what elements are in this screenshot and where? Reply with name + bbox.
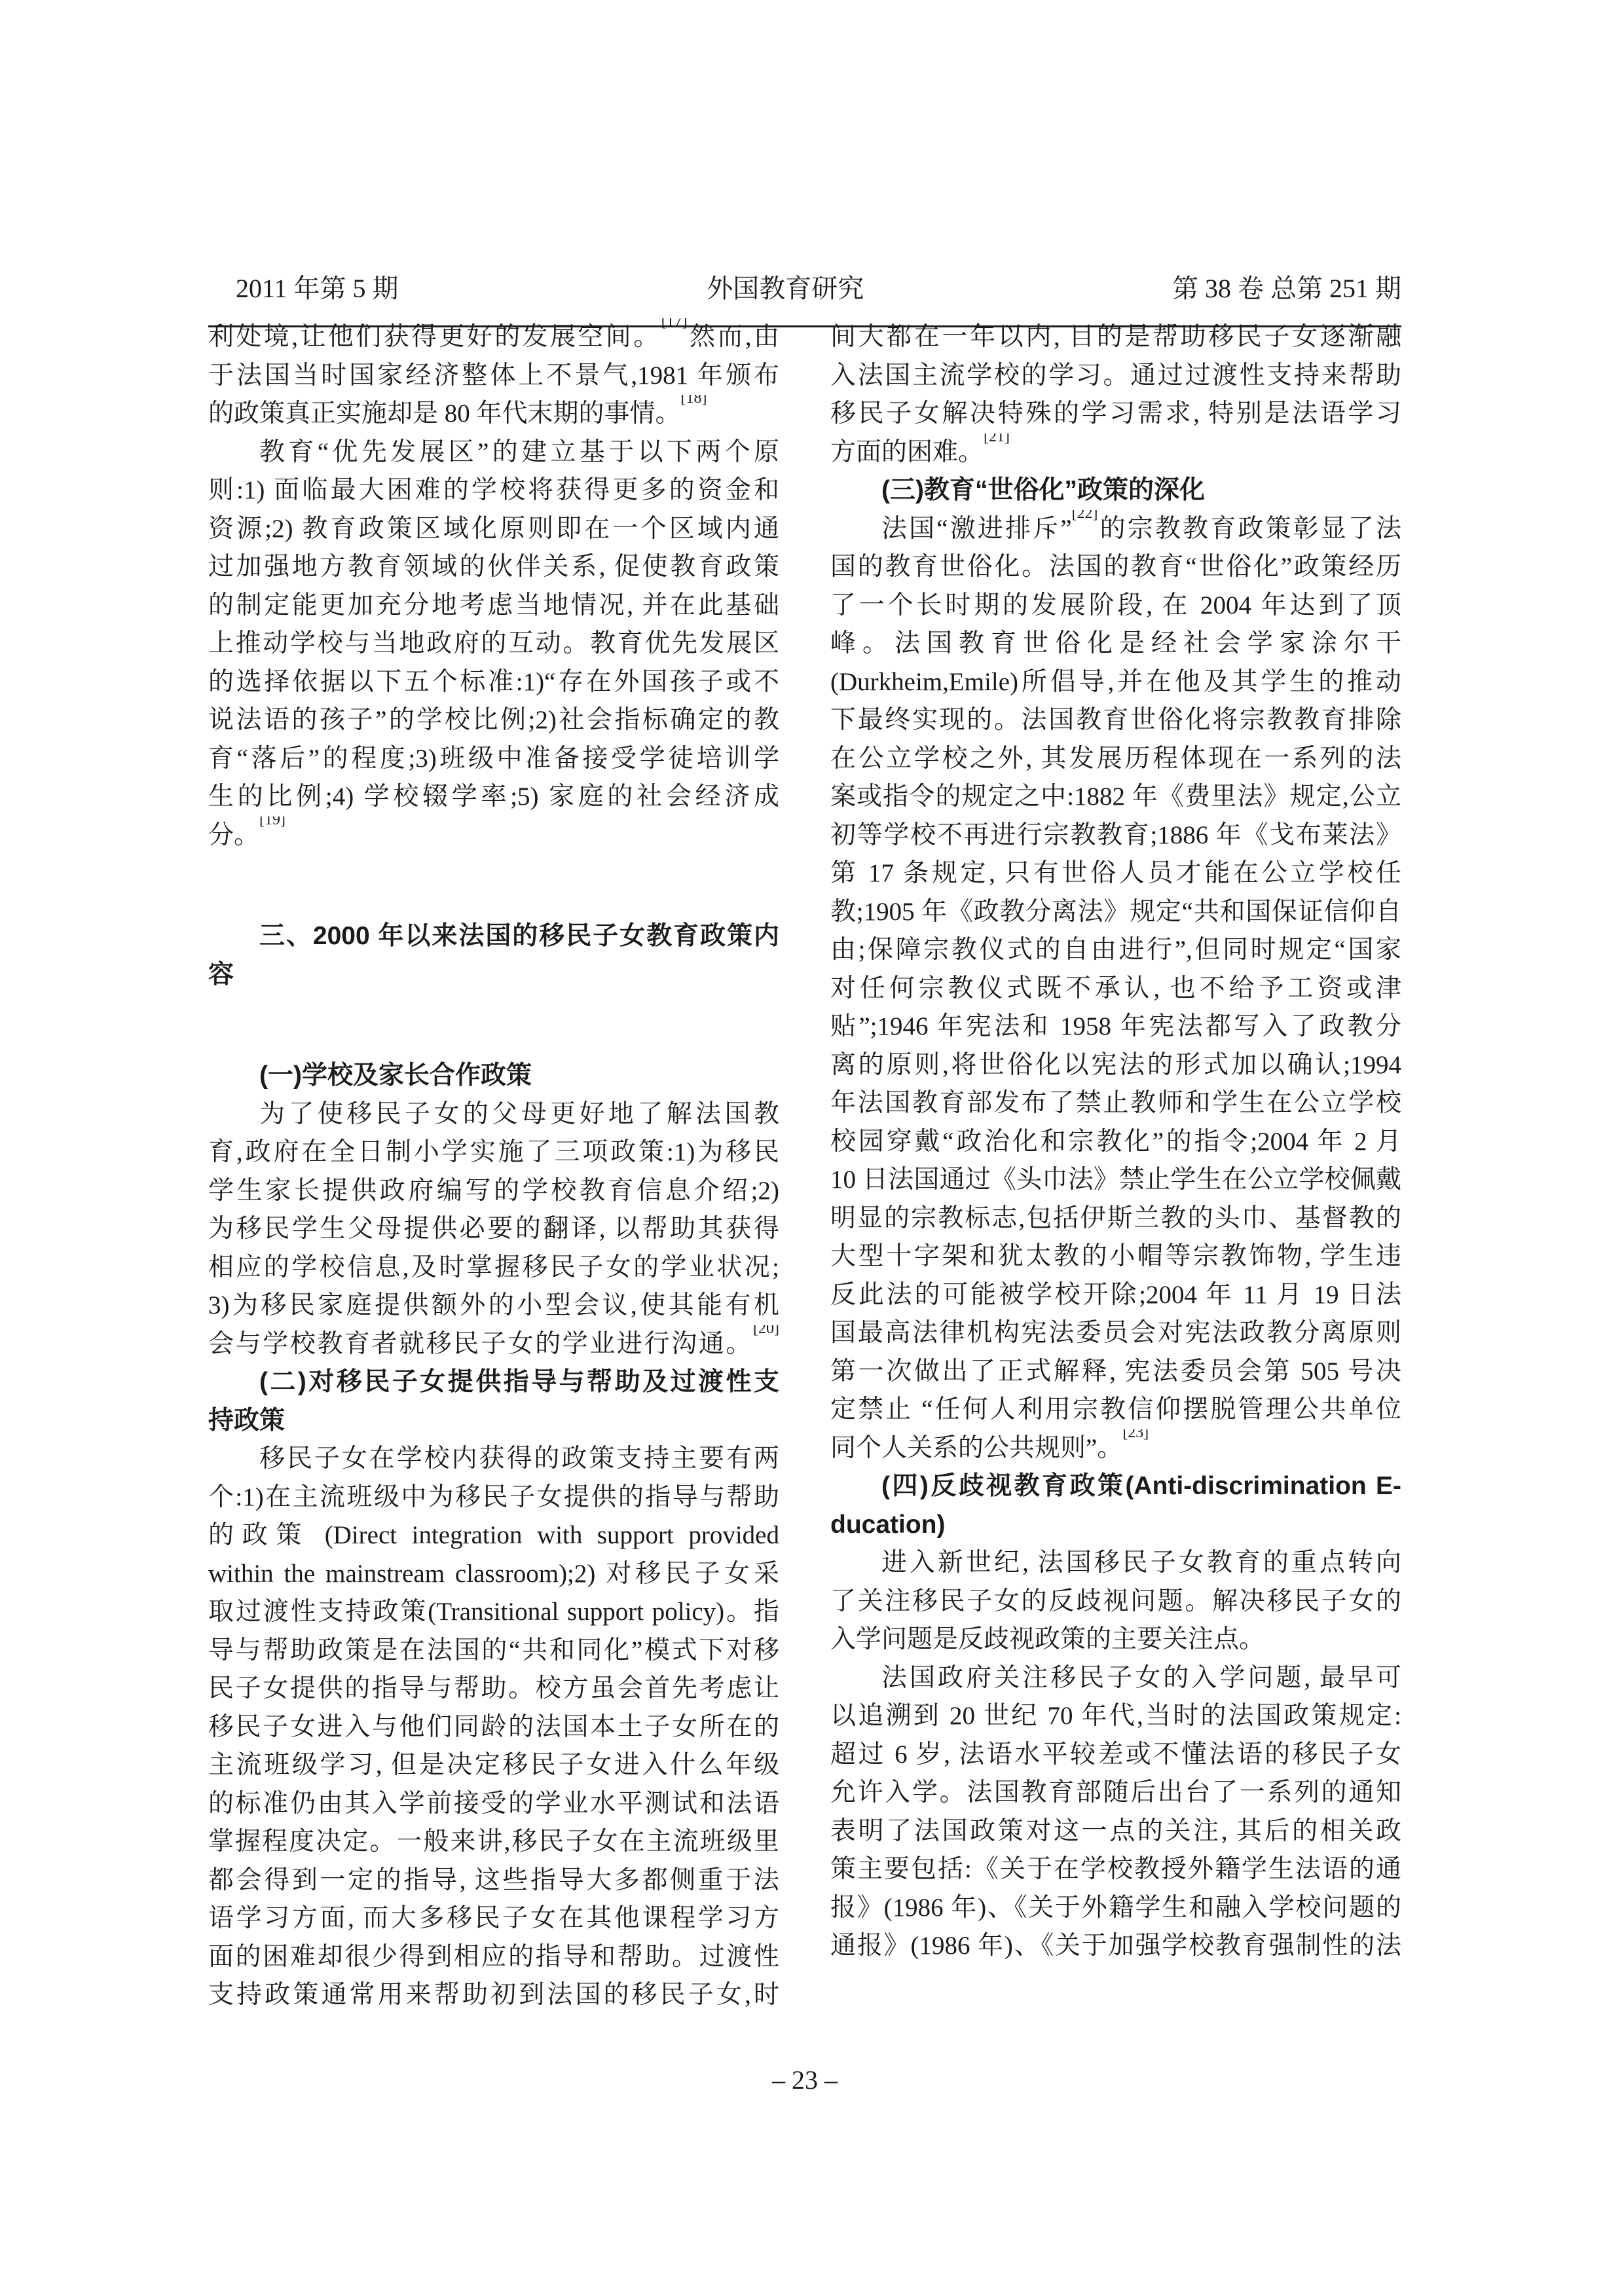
blank-line [208, 854, 779, 917]
footnote-ref: [22] [1072, 510, 1098, 522]
text-line: 第一次做出了正式解释, 宪法委员会第 505 号决 [830, 1353, 1401, 1391]
footnote-ref: [20] [753, 1325, 779, 1337]
text-line: 育“落后”的程度;3)班级中准备接受学徒培训学 [208, 740, 779, 779]
text-line: 第 17 条规定, 只有世俗人员才能在公立学校任 [830, 854, 1401, 893]
text-line: 容 [208, 956, 779, 995]
text-line: 移民子女解决特殊的学习需求, 特别是法语学习 [830, 395, 1401, 433]
text-line: 掌握程度决定。一般来讲,移民子女在主流班级里 [208, 1823, 779, 1862]
footnote-ref: [23] [1122, 1429, 1149, 1441]
text-line: 了关注移民子女的反歧视问题。解决移民子女的 [830, 1583, 1401, 1621]
text-line: 国的教育世俗化。法国的教育“世俗化”政策经历 [830, 548, 1401, 587]
header-volume: 第 38 卷 总第 251 期 [1172, 270, 1401, 308]
text-line: 以追溯到 20 世纪 70 年代,当时的法国政策规定: [830, 1697, 1401, 1736]
text-line: 3)为移民家庭提供额外的小型会议,使其能有机 [208, 1287, 779, 1325]
text-line: 大型十字架和犹太教的小帽等宗教饰物, 学生违 [830, 1238, 1401, 1276]
text-line: 民子女提供的指导与帮助。校方虽会首先考虑让 [208, 1670, 779, 1708]
text-line: 同个人关系的公共规则”。[23] [830, 1429, 1401, 1468]
text-line: 利处境,让他们获得更好的发展空间。[17]然而,由 [208, 318, 779, 357]
text-line: 允许入学。法国教育部随后出台了一系列的通知 [830, 1774, 1401, 1812]
text-line: 过加强地方教育领域的伙伴关系, 促使教育政策 [208, 548, 779, 587]
text-line: 教;1905 年《政教分离法》规定“共和国保证信仰自 [830, 893, 1401, 932]
text-line: 在公立学校之外, 其发展历程体现在一系列的法 [830, 740, 1401, 779]
text-line: 导与帮助政策是在法国的“共和同化”模式下对移 [208, 1632, 779, 1670]
text-line: 下最终实现的。法国教育世俗化将宗教教育排除 [830, 701, 1401, 740]
text-line: 的标准仍由其入学前接受的学业水平测试和法语 [208, 1785, 779, 1824]
text-line: 的政策真正实施却是 80 年代末期的事情。[18] [208, 395, 779, 433]
text-line: 移民子女进入与他们同龄的法国本土子女所在的 [208, 1708, 779, 1747]
text-line: 反此法的可能被学校开除;2004 年 11 月 19 日法 [830, 1276, 1401, 1315]
text-line: 则:1) 面临最大困难的学校将获得更多的资金和 [208, 471, 779, 510]
text-line: 通报》(1986 年)、《关于加强学校教育强制性的法 [830, 1927, 1401, 1966]
text-line: 校园穿戴“政治化和宗教化”的指令;2004 年 2 月 [830, 1123, 1401, 1162]
text-line: 分。[19] [208, 817, 779, 855]
text-line: 三、2000 年以来法国的移民子女教育政策内 [208, 917, 779, 956]
page-footer: – 23 – [208, 2061, 1401, 2099]
text-line: 为了使移民子女的父母更好地了解法国教 [208, 1095, 779, 1134]
text-line: 语学习方面, 而大多移民子女在其他课程学习方 [208, 1900, 779, 1938]
text-line: 国最高法律机构宪法委员会对宪法政教分离原则 [830, 1314, 1401, 1353]
text-line: 持政策 [208, 1402, 779, 1441]
text-line: 10 日法国通过《头巾法》禁止学生在公立学校佩戴 [830, 1161, 1401, 1200]
text-line: 法国政府关注移民子女的入学问题, 最早可 [830, 1659, 1401, 1698]
text-line: ducation) [830, 1506, 1401, 1545]
text-line: 了一个长时期的发展阶段, 在 2004 年达到了顶 [830, 587, 1401, 625]
text-line: 个:1)在主流班级中为移民子女提供的指导与帮助 [208, 1478, 779, 1517]
text-line: 育,政府在全日制小学实施了三项政策:1)为移民 [208, 1133, 779, 1172]
text-line: 间大都在一年以内, 目的是帮助移民子女逐渐融 [830, 318, 1401, 357]
footnote-ref: [21] [984, 433, 1010, 445]
text-line: (二)对移民子女提供指导与帮助及过渡性支 [208, 1363, 779, 1402]
footnote-ref: [19] [259, 817, 286, 828]
text-line: (三)教育“世俗化”政策的深化 [830, 471, 1401, 510]
text-line: 会与学校教育者就移民子女的学业进行沟通。[20] [208, 1325, 779, 1364]
article-body: 利处境,让他们获得更好的发展空间。[17]然而,由于法国当时国家经济整体上不景气… [208, 318, 1401, 2015]
journal-page: 2011 年第 5 期 外国教育研究 第 38 卷 总第 251 期 利处境,让… [0, 0, 1624, 2295]
page-number: – 23 – [772, 2065, 838, 2095]
header-issue: 2011 年第 5 期 [208, 270, 399, 308]
text-line: (四)反歧视教育政策(Anti-discrimination E- [830, 1467, 1401, 1506]
footnote-ref: [17] [661, 318, 688, 330]
text-line: 初等学校不再进行宗教教育;1886 年《戈布莱法》 [830, 817, 1401, 855]
text-line: 的制定能更加充分地考虑当地情况, 并在此基础 [208, 587, 779, 625]
text-line: 的政策 (Direct integration with support pro… [208, 1516, 779, 1555]
header-journal-title: 外国教育研究 [707, 270, 864, 308]
text-line: 面的困难却很少得到相应的指导和帮助。过渡性 [208, 1938, 779, 1977]
text-line: 相应的学校信息,及时掌握移民子女的学业状况; [208, 1249, 779, 1287]
text-line: 主流班级学习, 但是决定移民子女进入什么年级 [208, 1746, 779, 1785]
column-left: 利处境,让他们获得更好的发展空间。[17]然而,由于法国当时国家经济整体上不景气… [208, 318, 779, 2015]
text-line: 策主要包括:《关于在学校教授外籍学生法语的通 [830, 1850, 1401, 1889]
page-header: 2011 年第 5 期 外国教育研究 第 38 卷 总第 251 期 [208, 270, 1401, 308]
text-line: 年法国教育部发布了禁止教师和学生在公立学校 [830, 1084, 1401, 1123]
text-line: 教育“优先发展区”的建立基于以下两个原 [208, 433, 779, 472]
text-line: 法国“激进排斥”[22]的宗教教育政策彰显了法 [830, 510, 1401, 549]
text-line: 方面的困难。[21] [830, 433, 1401, 472]
text-line: 离的原则,将世俗化以宪法的形式加以确认;1994 [830, 1046, 1401, 1085]
text-line: 取过渡性支持政策(Transitional support policy)。指 [208, 1593, 779, 1632]
column-right: 间大都在一年以内, 目的是帮助移民子女逐渐融入法国主流学校的学习。通过过渡性支持… [830, 318, 1401, 2015]
text-line: 生的比例;4) 学校辍学率;5) 家庭的社会经济成 [208, 778, 779, 817]
text-line: 入学问题是反歧视政策的主要关注点。 [830, 1621, 1401, 1659]
text-line: (一)学校及家长合作政策 [208, 1057, 779, 1095]
text-line: 由;保障宗教仪式的自由进行”,但同时规定“国家 [830, 931, 1401, 970]
blank-line [208, 994, 779, 1057]
text-line: 都会得到一定的指导, 这些指导大多都侧重于法 [208, 1862, 779, 1900]
text-line: 峰。法国教育世俗化是经社会学家涂尔干 [830, 625, 1401, 663]
text-line: 支持政策通常用来帮助初到法国的移民子女,时 [208, 1976, 779, 2015]
text-line: 表明了法国政策对这一点的关注, 其后的相关政 [830, 1812, 1401, 1851]
text-line: 为移民学生父母提供必要的翻译, 以帮助其获得 [208, 1210, 779, 1249]
text-line: 定禁止 “任何人利用宗教信仰摆脱管理公共单位 [830, 1391, 1401, 1429]
text-line: 案或指令的规定之中:1882 年《费里法》规定,公立 [830, 778, 1401, 817]
text-line: 进入新世纪, 法国移民子女教育的重点转向 [830, 1544, 1401, 1583]
text-line: 上推动学校与当地政府的互动。教育优先发展区 [208, 625, 779, 663]
footnote-ref: [18] [681, 395, 707, 407]
text-line: 的选择依据以下五个标准:1)“存在外国孩子或不 [208, 663, 779, 702]
text-line: 移民子女在学校内获得的政策支持主要有两 [208, 1440, 779, 1478]
text-line: 超过 6 岁, 法语水平较差或不懂法语的移民子女 [830, 1736, 1401, 1774]
text-line: 说法语的孩子”的学校比例;2)社会指标确定的教 [208, 701, 779, 740]
text-line: 对任何宗教仪式既不承认, 也不给予工资或津 [830, 970, 1401, 1008]
text-line: 入法国主流学校的学习。通过过渡性支持来帮助 [830, 357, 1401, 395]
text-line: 于法国当时国家经济整体上不景气,1981 年颁布 [208, 357, 779, 395]
text-line: 明显的宗教标志,包括伊斯兰教的头巾、基督教的 [830, 1200, 1401, 1238]
text-line: 资源;2) 教育政策区域化原则即在一个区域内通 [208, 510, 779, 549]
text-line: 贴”;1946 年宪法和 1958 年宪法都写入了政教分 [830, 1008, 1401, 1046]
text-line: (Durkheim,Emile)所倡导,并在他及其学生的推动 [830, 663, 1401, 702]
text-line: within the mainstream classroom);2) 对移民子… [208, 1555, 779, 1594]
text-line: 学生家长提供政府编写的学校教育信息介绍;2) [208, 1172, 779, 1211]
text-line: 报》(1986 年)、《关于外籍学生和融入学校问题的 [830, 1889, 1401, 1928]
